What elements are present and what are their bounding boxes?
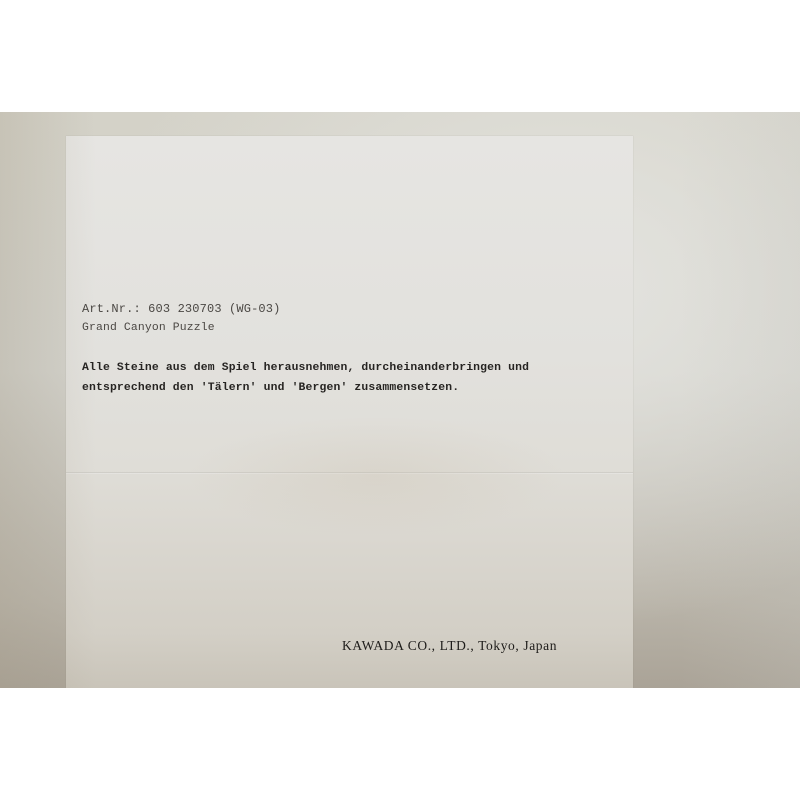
product-name: Grand Canyon Puzzle — [82, 322, 215, 334]
instruction-line-1: Alle Steine aus dem Spiel herausnehmen, … — [82, 362, 529, 374]
paper-sheet: Art.Nr.: 603 230703 (WG-03) Grand Canyon… — [66, 136, 633, 688]
article-number: Art.Nr.: 603 230703 (WG-03) — [82, 302, 280, 316]
photo: Art.Nr.: 603 230703 (WG-03) Grand Canyon… — [0, 112, 800, 688]
company-name: KAWADA CO., LTD., Tokyo, Japan — [342, 638, 557, 654]
instruction-line-2: entsprechend den 'Tälern' und 'Bergen' z… — [82, 382, 459, 394]
